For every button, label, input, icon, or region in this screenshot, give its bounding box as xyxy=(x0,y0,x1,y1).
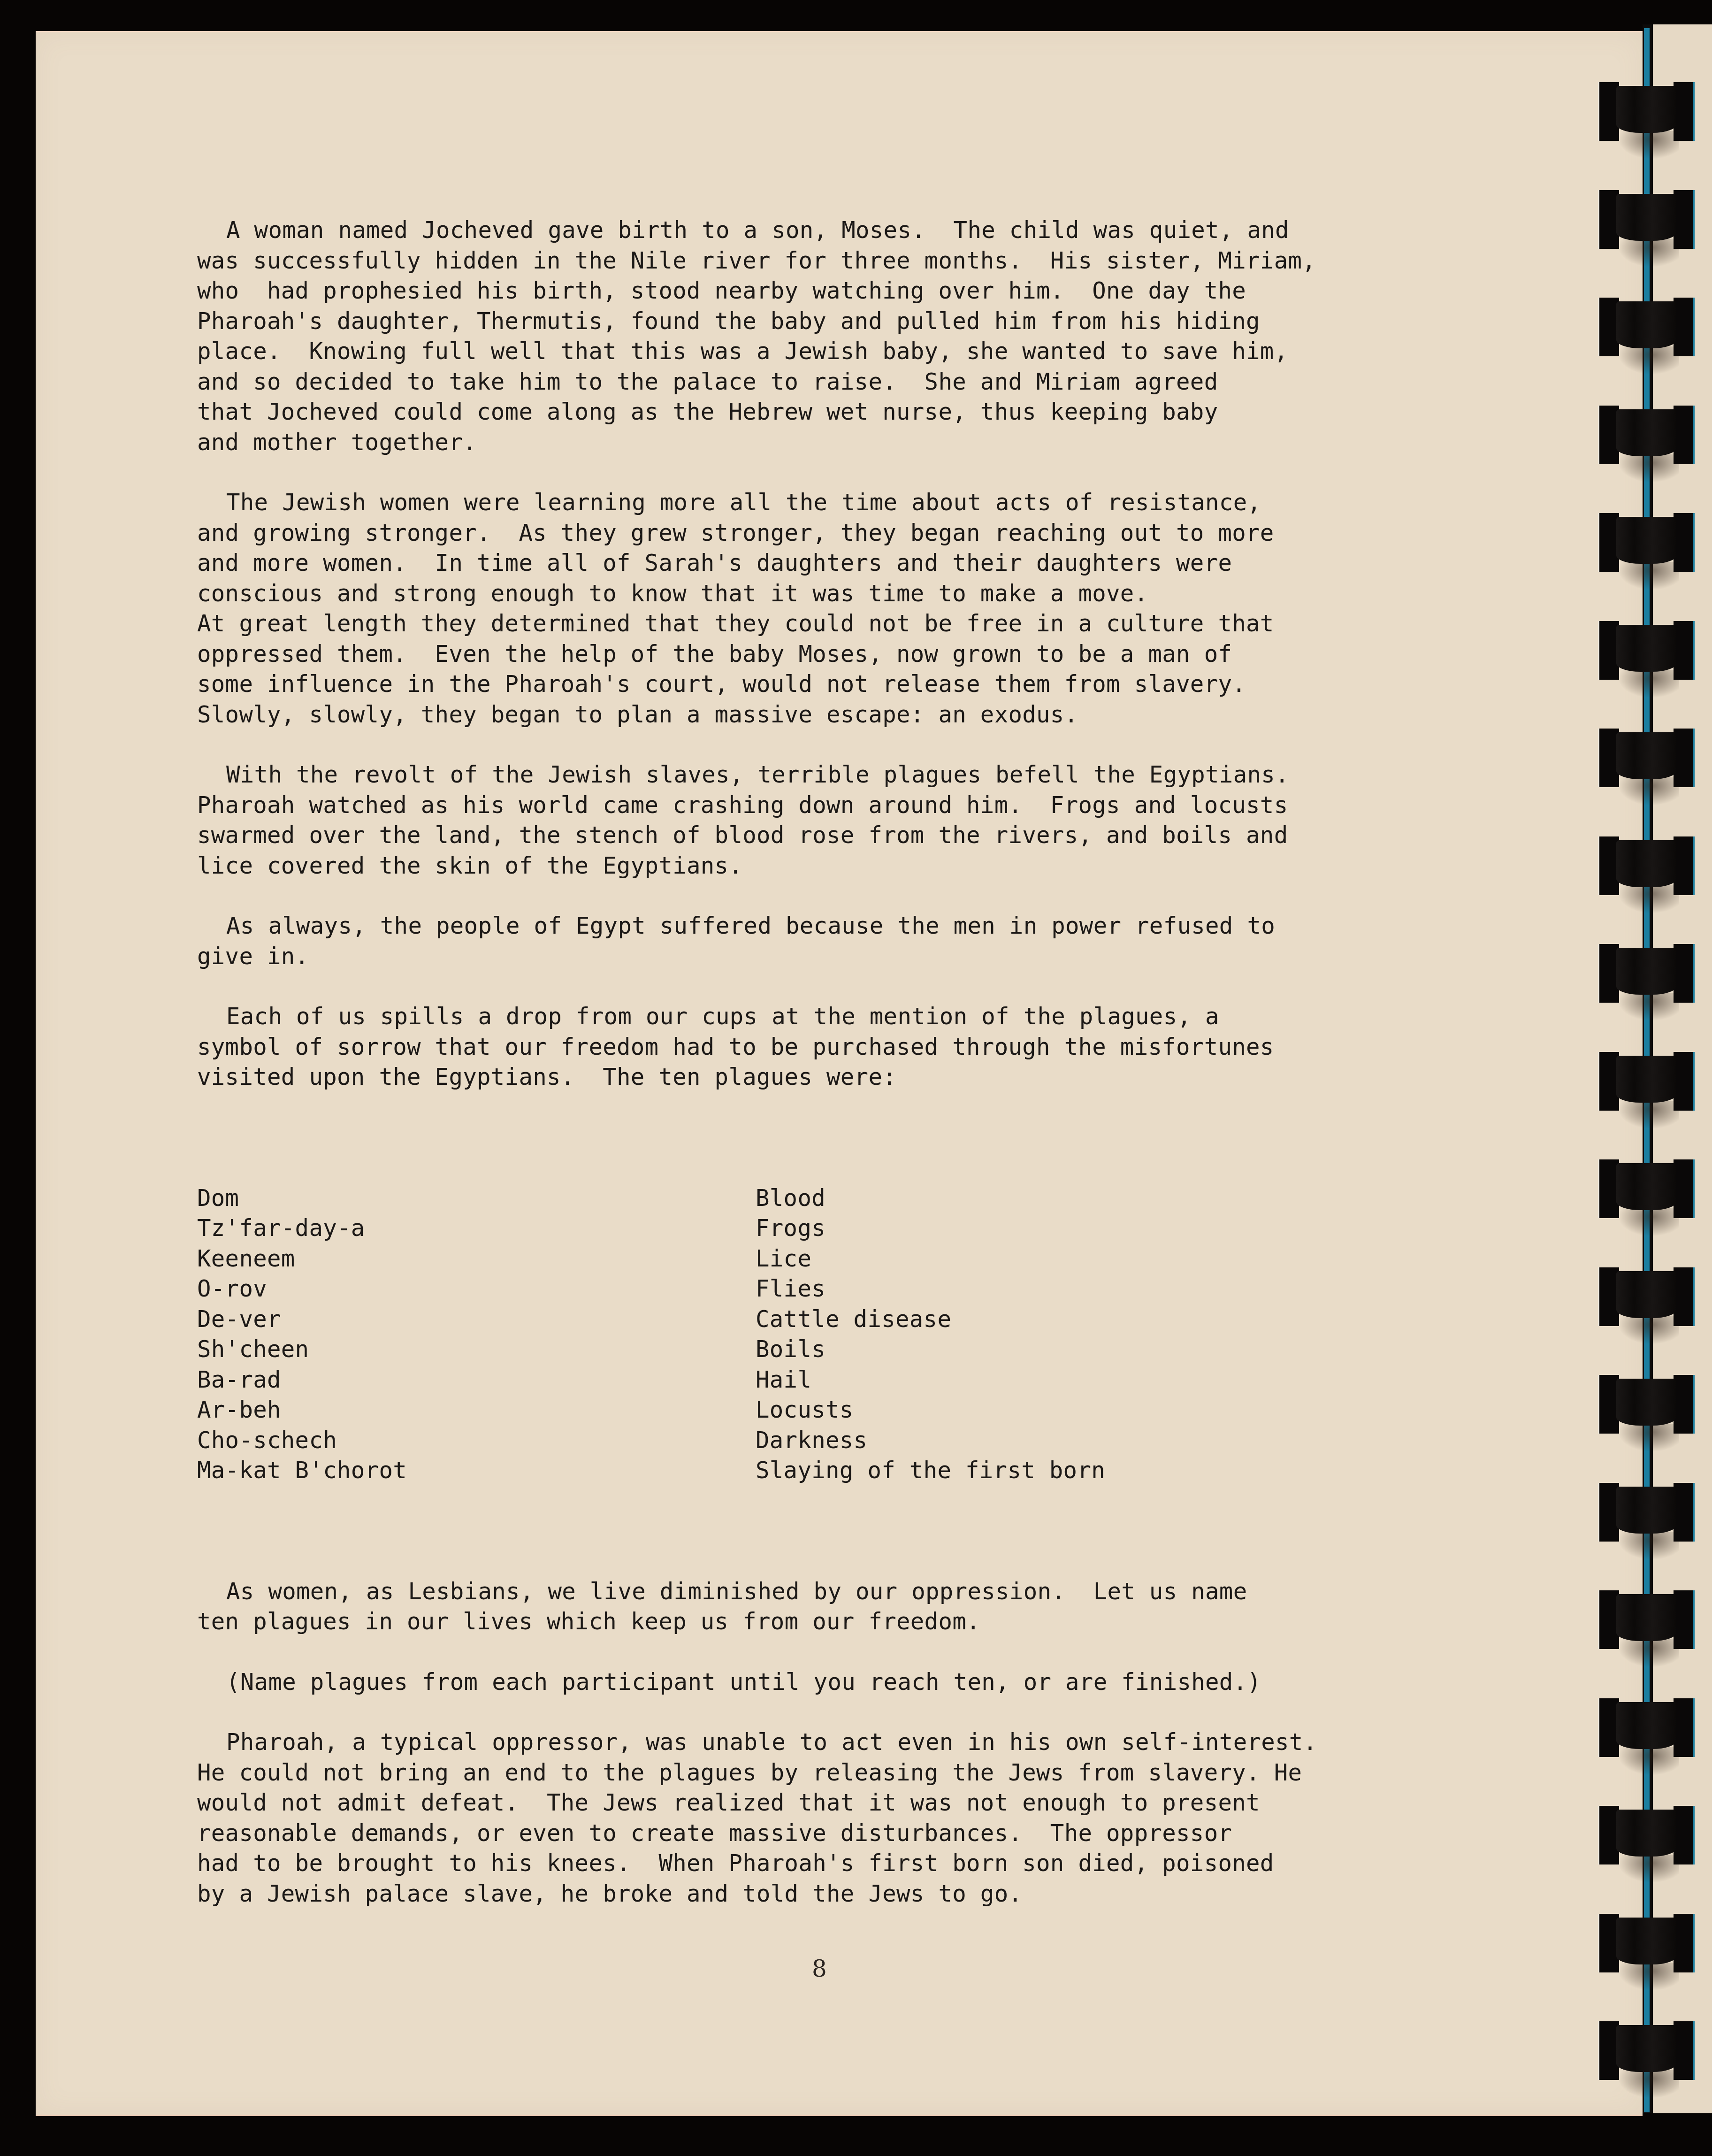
loop-shadow xyxy=(1618,1424,1679,1452)
loop-band xyxy=(1616,517,1676,564)
loop-band xyxy=(1616,1594,1676,1641)
loop-band xyxy=(1616,948,1676,995)
punch-hole-right xyxy=(1674,1159,1693,1218)
punch-hole-right xyxy=(1674,1914,1693,1972)
paragraph: A woman named Jocheved gave birth to a s… xyxy=(197,215,1464,458)
paragraph: (Name plagues from each participant unti… xyxy=(197,1667,1464,1698)
loop-band xyxy=(1616,194,1676,241)
plague-english-name: Slaying of the first born xyxy=(756,1456,1464,1486)
text-line: and more women. In time all of Sarah's d… xyxy=(197,548,1464,579)
loop-shadow xyxy=(1618,239,1679,267)
text-line: At great length they determined that the… xyxy=(197,609,1464,639)
plague-hebrew-name: De-ver xyxy=(197,1304,756,1335)
loop-shadow xyxy=(1618,670,1679,698)
binding-loop xyxy=(1599,1267,1693,1328)
loop-band xyxy=(1616,625,1676,672)
closing-section: As women, as Lesbians, we live diminishe… xyxy=(197,1577,1464,1910)
binding-loop xyxy=(1599,190,1693,251)
text-line: reasonable demands, or even to create ma… xyxy=(197,1818,1464,1849)
text-line: oppressed them. Even the help of the bab… xyxy=(197,639,1464,670)
narrative-section: A woman named Jocheved gave birth to a s… xyxy=(197,215,1464,1093)
loop-band xyxy=(1616,1163,1676,1210)
loop-band xyxy=(1616,1487,1676,1534)
binding-loop xyxy=(1599,406,1693,467)
punch-hole-right xyxy=(1674,1267,1693,1326)
loop-band xyxy=(1616,1810,1676,1857)
loop-shadow xyxy=(1618,1747,1679,1775)
paragraph: Pharoah, a typical oppressor, was unable… xyxy=(197,1727,1464,1909)
plague-english-name: Flies xyxy=(756,1274,1464,1304)
text-line: some influence in the Pharoah's court, w… xyxy=(197,669,1464,700)
loop-shadow xyxy=(1618,454,1679,483)
punch-hole-right xyxy=(1674,836,1693,895)
loop-shadow xyxy=(1618,1208,1679,1236)
text-line: ten plagues in our lives which keep us f… xyxy=(197,1607,1464,1637)
text-line: swarmed over the land, the stench of blo… xyxy=(197,821,1464,851)
loop-shadow xyxy=(1618,562,1679,590)
paragraph: With the revolt of the Jewish slaves, te… xyxy=(197,760,1464,881)
plague-hebrew-name: Tz'far-day-a xyxy=(197,1213,756,1244)
plague-hebrew-name: Ba-rad xyxy=(197,1365,756,1396)
text-line: A woman named Jocheved gave birth to a s… xyxy=(197,215,1464,246)
loop-shadow xyxy=(1618,1855,1679,1883)
plague-english-name: Blood xyxy=(756,1183,1464,1214)
text-line: was successfully hidden in the Nile rive… xyxy=(197,246,1464,276)
punch-hole-right xyxy=(1674,298,1693,356)
binding-loop xyxy=(1599,1590,1693,1651)
plague-hebrew-name: Keeneem xyxy=(197,1244,756,1274)
punch-hole-right xyxy=(1674,406,1693,464)
text-line: visited upon the Egyptians. The ten plag… xyxy=(197,1062,1464,1093)
loop-shadow xyxy=(1618,885,1679,913)
punch-hole-right xyxy=(1674,1052,1693,1111)
loop-shadow xyxy=(1618,131,1679,159)
punch-hole-right xyxy=(1674,82,1693,141)
punch-hole-right xyxy=(1674,1483,1693,1542)
punch-hole-right xyxy=(1674,1375,1693,1434)
text-line: and growing stronger. As they grew stron… xyxy=(197,518,1464,549)
plague-hebrew-name: Cho-schech xyxy=(197,1426,756,1456)
binding-loop xyxy=(1599,1483,1693,1544)
text-line: lice covered the skin of the Egyptians. xyxy=(197,851,1464,882)
page-body: A woman named Jocheved gave birth to a s… xyxy=(197,155,1464,1970)
text-line: With the revolt of the Jewish slaves, te… xyxy=(197,760,1464,790)
paragraph: As always, the people of Egypt suffered … xyxy=(197,911,1464,972)
paragraph: Each of us spills a drop from our cups a… xyxy=(197,1002,1464,1093)
loop-shadow xyxy=(1618,1532,1679,1560)
punch-hole-right xyxy=(1674,1590,1693,1649)
text-line: had to be brought to his knees. When Pha… xyxy=(197,1849,1464,1879)
text-line: and so decided to take him to the palace… xyxy=(197,367,1464,398)
binding-loop xyxy=(1599,1914,1693,1975)
binding-loop xyxy=(1599,1052,1693,1113)
text-line: give in. xyxy=(197,942,1464,972)
text-line: As women, as Lesbians, we live diminishe… xyxy=(197,1577,1464,1607)
binding-loop xyxy=(1599,836,1693,898)
punch-hole-right xyxy=(1674,190,1693,249)
plague-hebrew-name: Ma-kat B'chorot xyxy=(197,1456,756,1486)
text-line: Pharoah's daughter, Thermutis, found the… xyxy=(197,307,1464,337)
loop-band xyxy=(1616,1056,1676,1103)
plague-english-name: Locusts xyxy=(756,1395,1464,1426)
loop-band xyxy=(1616,840,1676,887)
text-line: symbol of sorrow that our freedom had to… xyxy=(197,1032,1464,1063)
text-line: The Jewish women were learning more all … xyxy=(197,488,1464,518)
loop-band xyxy=(1616,1702,1676,1749)
punch-hole-right xyxy=(1674,2021,1693,2080)
plague-english-name: Darkness xyxy=(756,1426,1464,1456)
punch-hole-right xyxy=(1674,1698,1693,1757)
text-line: Pharoah, a typical oppressor, was unable… xyxy=(197,1727,1464,1758)
plague-hebrew-name: Ar-beh xyxy=(197,1395,756,1426)
text-line: by a Jewish palace slave, he broke and t… xyxy=(197,1879,1464,1910)
loop-band xyxy=(1616,86,1676,133)
loop-shadow xyxy=(1618,993,1679,1021)
text-line: conscious and strong enough to know that… xyxy=(197,579,1464,609)
loop-band xyxy=(1616,409,1676,456)
loop-band xyxy=(1616,2025,1676,2072)
text-line: As always, the people of Egypt suffered … xyxy=(197,911,1464,942)
text-line: Pharoah watched as his world came crashi… xyxy=(197,790,1464,821)
punch-hole-right xyxy=(1674,513,1693,572)
binding-loop xyxy=(1599,1698,1693,1759)
loop-shadow xyxy=(1618,1101,1679,1129)
binding-loop xyxy=(1599,1159,1693,1220)
plague-hebrew-name: Sh'cheen xyxy=(197,1335,756,1365)
text-line: and mother together. xyxy=(197,428,1464,458)
loop-band xyxy=(1616,1379,1676,1426)
loop-band xyxy=(1616,732,1676,779)
loop-shadow xyxy=(1618,1639,1679,1667)
paragraph: The Jewish women were learning more all … xyxy=(197,488,1464,730)
text-line: (Name plagues from each participant unti… xyxy=(197,1667,1464,1698)
text-line: Slowly, slowly, they began to plan a mas… xyxy=(197,700,1464,730)
plague-english-name: Lice xyxy=(756,1244,1464,1274)
page-number: 8 xyxy=(812,1955,827,1982)
binding-loop xyxy=(1599,621,1693,682)
binding-loop xyxy=(1599,729,1693,790)
binding-loop xyxy=(1599,513,1693,574)
text-line: that Jocheved could come along as the He… xyxy=(197,397,1464,428)
punch-hole-right xyxy=(1674,944,1693,1003)
binding-loop xyxy=(1599,2021,1693,2082)
plague-english-name: Frogs xyxy=(756,1213,1464,1244)
loop-shadow xyxy=(1618,1316,1679,1344)
loop-shadow xyxy=(1618,777,1679,806)
loop-shadow xyxy=(1618,346,1679,375)
binding-loop xyxy=(1599,1806,1693,1867)
loop-shadow xyxy=(1618,1963,1679,1991)
plague-list: Dom Blood Tz'far-day-a Frogs Keeneem Lic… xyxy=(197,1183,1464,1486)
binding-loop xyxy=(1599,82,1693,143)
plague-hebrew-name: Dom xyxy=(197,1183,756,1214)
loop-band xyxy=(1616,1271,1676,1318)
loop-shadow xyxy=(1618,2070,1679,2098)
text-line: who had prophesied his birth, stood near… xyxy=(197,276,1464,307)
text-line: Each of us spills a drop from our cups a… xyxy=(197,1002,1464,1032)
plague-hebrew-name: O-rov xyxy=(197,1274,756,1304)
loop-band xyxy=(1616,301,1676,348)
punch-hole-right xyxy=(1674,621,1693,680)
plague-english-name: Hail xyxy=(756,1365,1464,1396)
plague-english-name: Boils xyxy=(756,1335,1464,1365)
punch-hole-right xyxy=(1674,729,1693,787)
binding-loop xyxy=(1599,298,1693,359)
text-line: place. Knowing full well that this was a… xyxy=(197,337,1464,367)
plague-english-name: Cattle disease xyxy=(756,1304,1464,1335)
paragraph: As women, as Lesbians, we live diminishe… xyxy=(197,1577,1464,1637)
binding-loop xyxy=(1599,1375,1693,1436)
text-line: would not admit defeat. The Jews realize… xyxy=(197,1788,1464,1818)
binding-loop xyxy=(1599,944,1693,1005)
loop-band xyxy=(1616,1918,1676,1964)
text-line: He could not bring an end to the plagues… xyxy=(197,1758,1464,1788)
punch-hole-right xyxy=(1674,1806,1693,1864)
